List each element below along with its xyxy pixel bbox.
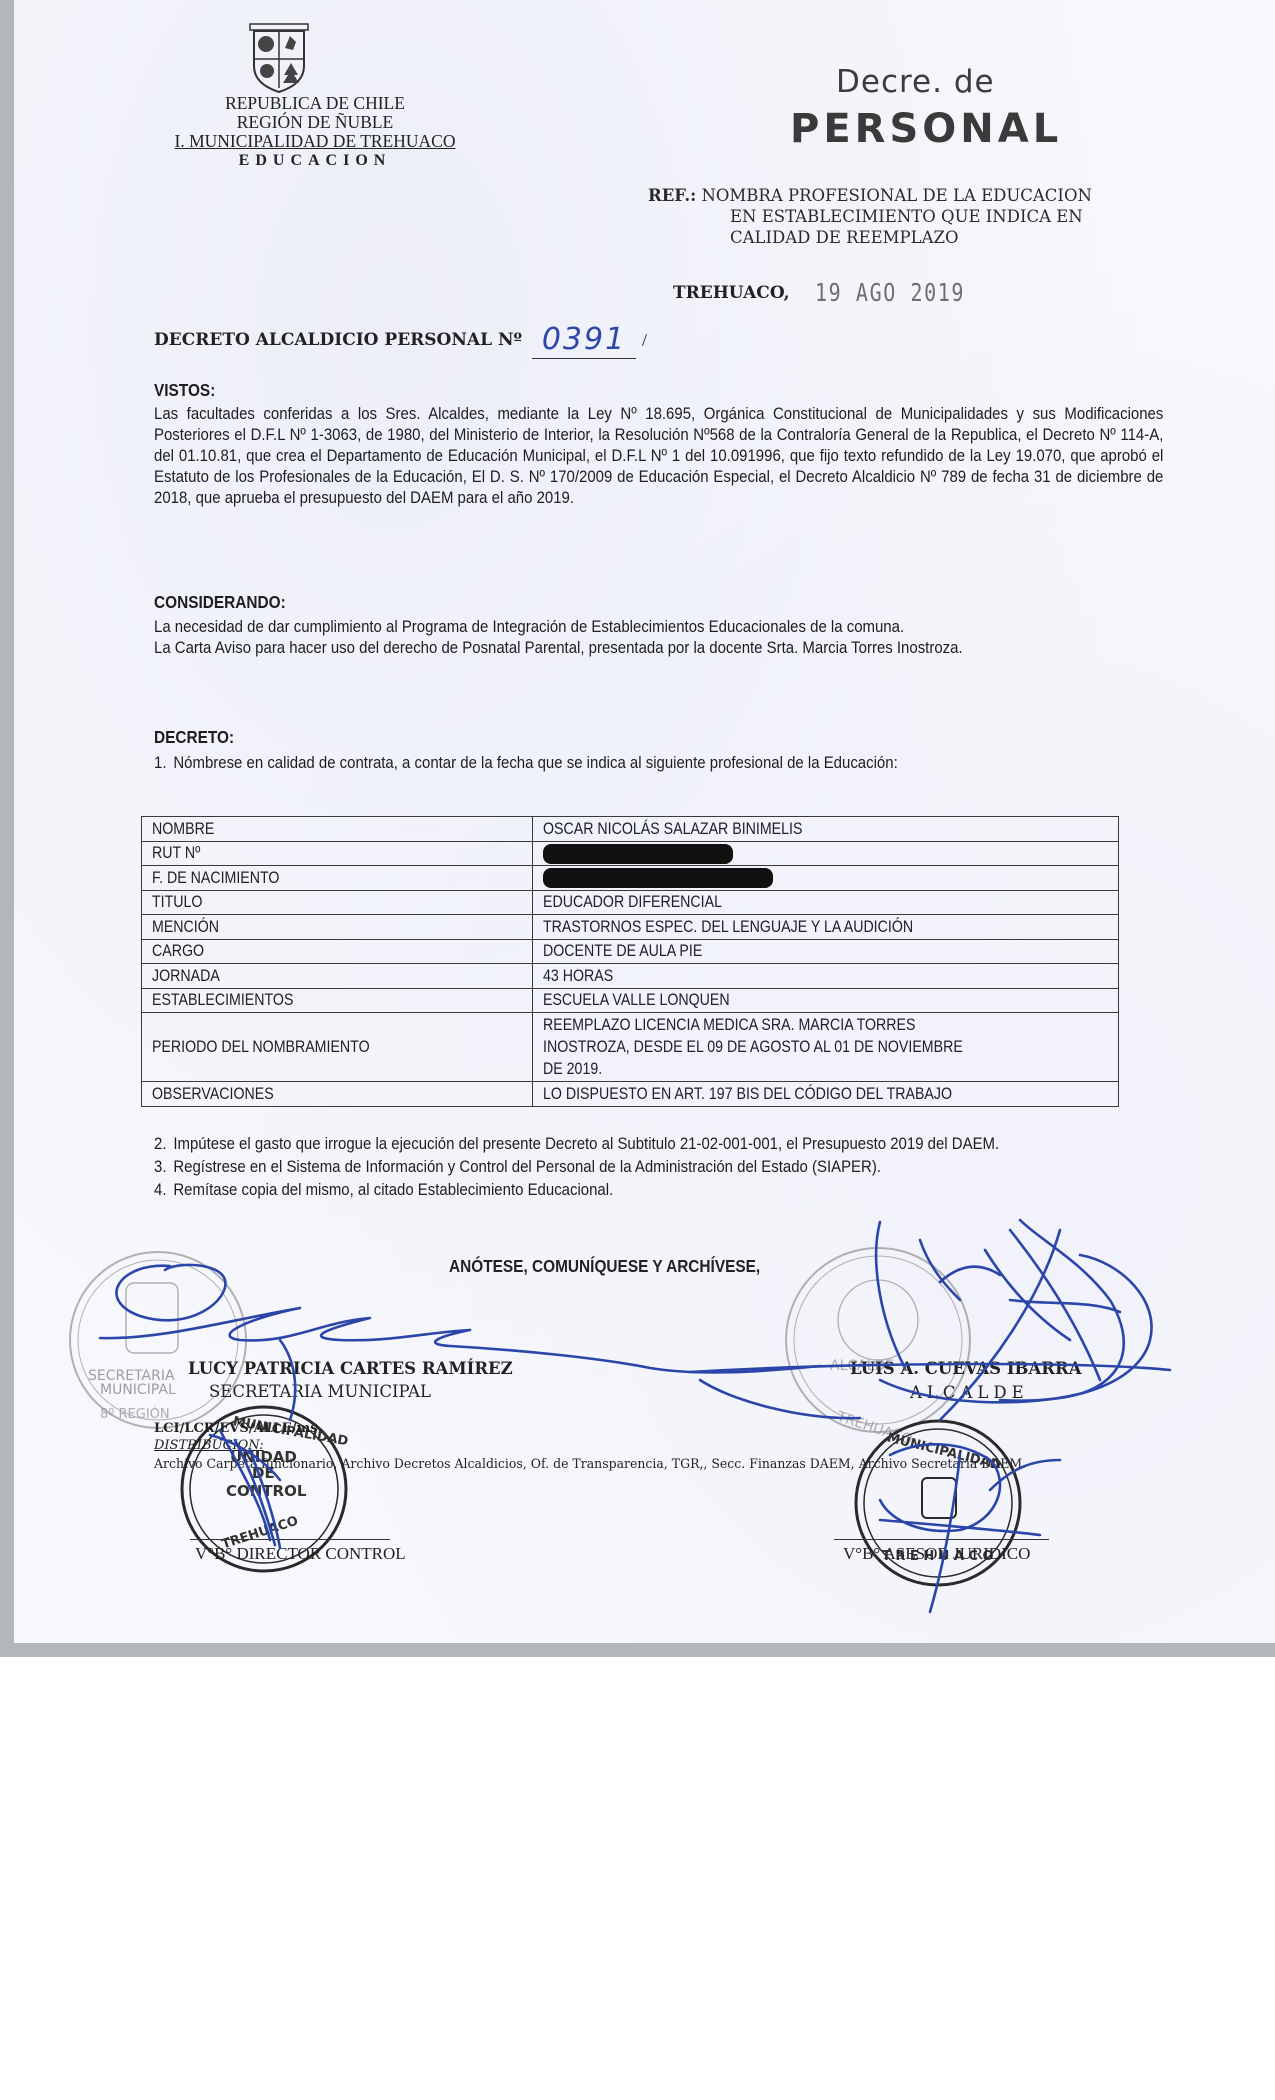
row-key: ESTABLECIMIENTOS (152, 989, 293, 1011)
drafting-initials: LCI/LCR/EVS/ALLE/ms (154, 1421, 318, 1436)
considerando-heading: CONSIDERANDO: (154, 592, 286, 613)
decree-number-slash: / (642, 330, 647, 351)
row-value: LO DISPUESTO EN ART. 197 BIS DEL CÓDIGO … (543, 1083, 952, 1105)
redaction-mark (543, 844, 733, 864)
item-number: 1. (154, 752, 173, 773)
table-row: OBSERVACIONES LO DISPUESTO EN ART. 197 B… (142, 1082, 1119, 1107)
row-value: DOCENTE DE AULA PIE (543, 940, 702, 962)
decree-number-label: DECRETO ALCALDICIO PERSONAL Nº (154, 330, 522, 350)
signatory-secretary-role: SECRETARIA MUNICIPAL (209, 1382, 431, 1401)
row-key: F. DE NACIMIENTO (152, 867, 279, 889)
row-key: JORNADA (152, 965, 220, 987)
signatory-secretary-name: LUCY PATRICIA CARTES RAMÍREZ (188, 1359, 513, 1378)
row-key: MENCIÓN (152, 916, 219, 938)
table-row: NOMBRE OSCAR NICOLÁS SALAZAR BINIMELIS (142, 817, 1119, 842)
distribution-label: DISTRIBUCION: (154, 1438, 264, 1453)
table-row: MENCIÓN TRASTORNOS ESPEC. DEL LENGUAJE Y… (142, 915, 1119, 940)
coat-of-arms-icon (246, 22, 312, 94)
table-row: TITULO EDUCADOR DIFERENCIAL (142, 890, 1119, 915)
decree-number-handwritten: 0391 (532, 322, 636, 359)
considerando-text: La necesidad de dar cumplimiento al Prog… (154, 616, 1163, 658)
row-key: RUT Nº (152, 842, 200, 864)
table-row: JORNADA 43 HORAS (142, 964, 1119, 989)
ref-line2: EN ESTABLECIMIENTO QUE INDICA EN (648, 206, 1092, 227)
signature-line-juridico (834, 1539, 1049, 1540)
table-row: CARGO DOCENTE DE AULA PIE (142, 939, 1119, 964)
reference-block: REF.: NOMBRA PROFESIONAL DE LA EDUCACION… (648, 185, 1092, 248)
row-value: OSCAR NICOLÁS SALAZAR BINIMELIS (543, 818, 802, 840)
vistos-text: Las facultades conferidas a los Sres. Al… (154, 403, 1163, 508)
appointee-details-table: NOMBRE OSCAR NICOLÁS SALAZAR BINIMELIS R… (141, 816, 1119, 1107)
item-number: 2. (154, 1133, 173, 1154)
considerando-para2: La Carta Aviso para hacer uso del derech… (154, 637, 1163, 658)
ref-line1: NOMBRA PROFESIONAL DE LA EDUCACION (701, 186, 1091, 205)
ref-label: REF.: (648, 186, 696, 205)
row-key: OBSERVACIONES (152, 1083, 274, 1105)
table-row: PERIODO DEL NOMBRAMIENTO REEMPLAZO LICEN… (142, 1013, 1119, 1082)
ref-line3: CALIDAD DE REEMPLAZO (648, 227, 1092, 248)
header-country: REPUBLICA DE CHILE (150, 94, 480, 113)
closing-formula: ANÓTESE, COMUNÍQUESE Y ARCHÍVESE, (449, 1256, 760, 1277)
issuer-header: REPUBLICA DE CHILE REGIÓN DE ÑUBLE I. MU… (150, 94, 480, 170)
header-region: REGIÓN DE ÑUBLE (150, 113, 480, 132)
stamp-decree-type-line1: Decre. de (836, 64, 995, 100)
item-text: Regístrese en el Sistema de Información … (173, 1156, 1174, 1177)
redaction-mark (543, 868, 773, 888)
signature-line-control (190, 1539, 390, 1540)
distribution-list: Archivo Carpeta funcionario, Archivo Dec… (154, 1457, 1026, 1472)
signatory-mayor-name: LUIS A. CUEVAS IBARRA (850, 1359, 1082, 1378)
decreto-items-2-4: 2. Impútese el gasto que irrogue la ejec… (154, 1133, 1175, 1202)
row-key: NOMBRE (152, 818, 214, 840)
row-key: PERIODO DEL NOMBRAMIENTO (152, 1036, 370, 1058)
item-text: Remítase copia del mismo, al citado Esta… (173, 1179, 1174, 1200)
table-row: RUT Nº (142, 841, 1119, 866)
item-number: 3. (154, 1156, 173, 1177)
table-row: ESTABLECIMIENTOS ESCUELA VALLE LONQUEN (142, 988, 1119, 1013)
row-key: TITULO (152, 891, 202, 913)
considerando-para1: La necesidad de dar cumplimiento al Prog… (154, 616, 1163, 637)
decreto-item-3: 3. Regístrese en el Sistema de Informaci… (154, 1156, 1175, 1177)
decreto-item-2: 2. Impútese el gasto que irrogue la ejec… (154, 1133, 1175, 1154)
header-department: EDUCACION (150, 151, 480, 170)
decreto-heading: DECRETO: (154, 727, 234, 748)
stamp-decree-type-line2: PERSONAL (790, 106, 1062, 152)
signatory-mayor-role: ALCALDE (910, 1383, 1029, 1402)
row-value: EDUCADOR DIFERENCIAL (543, 891, 722, 913)
place-label: TREHUACO, (673, 283, 790, 303)
date-stamp: 19 AGO 2019 (815, 278, 965, 307)
decreto-item-4: 4. Remítase copia del mismo, al citado E… (154, 1179, 1175, 1200)
row-value-line: DE 2019. (543, 1058, 602, 1080)
item-number: 4. (154, 1179, 173, 1200)
table-row: F. DE NACIMIENTO (142, 866, 1119, 891)
row-value-line: INOSTROZA, DESDE EL 09 DE AGOSTO AL 01 D… (543, 1036, 963, 1058)
item-text: Nómbrese en calidad de contrata, a conta… (173, 752, 1163, 773)
approval-asesor-juridico: V°B° ASESOR JURIDICO (843, 1544, 1030, 1564)
row-value: 43 HORAS (543, 965, 613, 987)
item-text: Impútese el gasto que irrogue la ejecuci… (173, 1133, 1018, 1154)
row-value: TRASTORNOS ESPEC. DEL LENGUAJE Y LA AUDI… (543, 916, 913, 938)
row-key: CARGO (152, 940, 204, 962)
approval-director-control: V°B° DIRECTOR CONTROL (195, 1544, 406, 1564)
row-value: ESCUELA VALLE LONQUEN (543, 989, 730, 1011)
decreto-item-1: 1. Nómbrese en calidad de contrata, a co… (154, 752, 1163, 773)
header-municipality: I. MUNICIPALIDAD DE TREHUACO (150, 132, 480, 151)
row-value-line: REEMPLAZO LICENCIA MEDICA SRA. MARCIA TO… (543, 1014, 915, 1036)
vistos-heading: VISTOS: (154, 380, 215, 401)
